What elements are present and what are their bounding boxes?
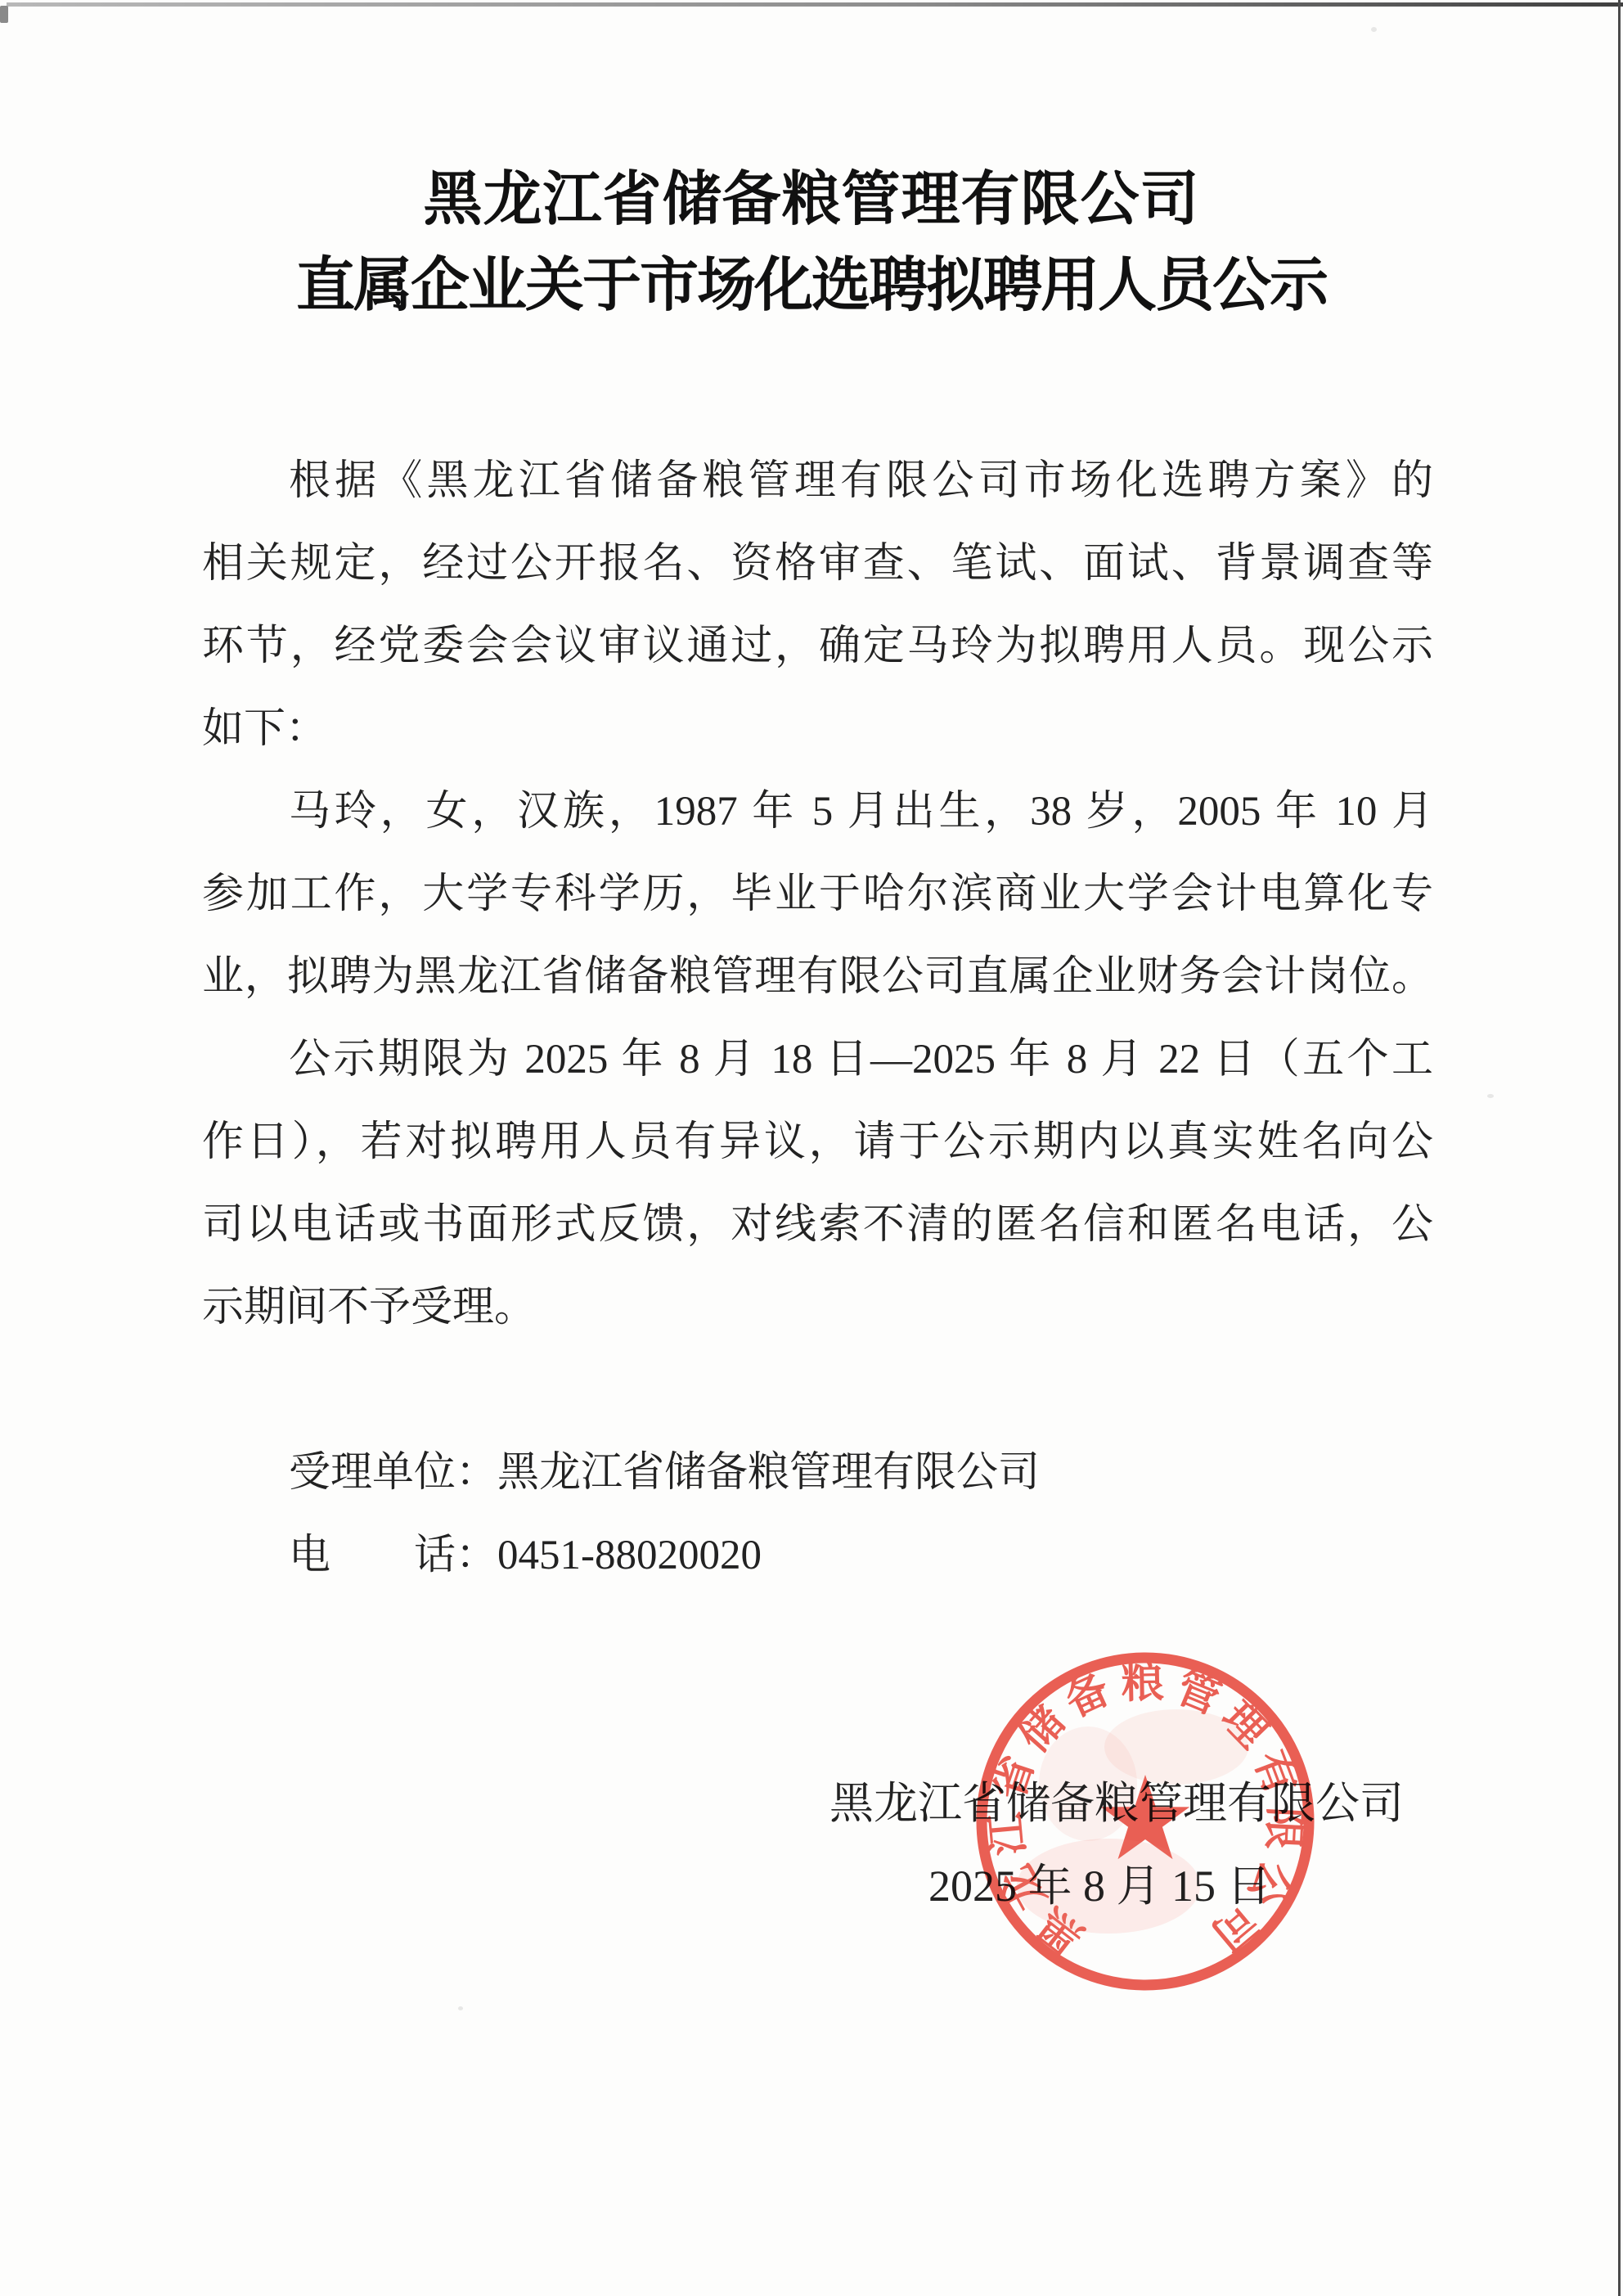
scan-edge-top-line <box>7 2 1623 7</box>
paragraph1-line3: 环节，经党委会会议审议通过，确定马玲为拟聘用人员。现公示 <box>202 606 1433 688</box>
scan-noise-speck <box>458 2006 463 2010</box>
paragraph3-line4: 示期间不予受理。 <box>202 1267 1433 1349</box>
paragraph2-line1: 马玲，女，汉族，1987 年 5 月出生，38 岁，2005 年 10 月 <box>202 771 1433 853</box>
phone-label: 电 话： <box>289 1533 497 1578</box>
blank-line <box>202 1597 1433 1680</box>
signature-date: 2025 年 8 月 15 日 <box>202 1845 1433 1928</box>
paragraph3-line2: 作日），若对拟聘用人员有异议，请于公示期内以真实姓名向公 <box>202 1101 1433 1184</box>
document-title-line2: 直属企业关于市场化选聘拟聘用人员公示 <box>0 246 1623 325</box>
signature-company-name: 黑龙江省储备粮管理有限公司 <box>202 1763 1433 1845</box>
scanned-document-page: 黑龙江省储备粮管理有限公司 直属企业关于市场化选聘拟聘用人员公示 根据《黑龙江省… <box>0 0 1623 2296</box>
scan-noise-speck <box>1371 27 1377 32</box>
accepting-unit-label: 受理单位： <box>289 1450 497 1496</box>
paragraph3-line1: 公示期限为 2025 年 8 月 18 日—2025 年 8 月 22 日（五个… <box>202 1019 1433 1101</box>
paragraph2-line3: 业，拟聘为黑龙江省储备粮管理有限公司直属企业财务会计岗位。 <box>202 936 1433 1019</box>
document-title-line1: 黑龙江省储备粮管理有限公司 <box>0 160 1623 239</box>
phone-line: 电 话：0451-88020020 <box>202 1515 1433 1597</box>
paragraph1-line4: 如下： <box>202 688 1433 771</box>
accepting-unit-value: 黑龙江省储备粮管理有限公司 <box>497 1450 1040 1496</box>
paragraph1-line2: 相关规定，经过公开报名、资格审查、笔试、面试、背景调查等 <box>202 523 1433 606</box>
paragraph1-line1: 根据《黑龙江省储备粮管理有限公司市场化选聘方案》的 <box>202 440 1433 523</box>
scan-noise-speck <box>1487 1094 1494 1098</box>
phone-number: 0451-88020020 <box>497 1533 762 1578</box>
blank-line <box>202 1680 1433 1763</box>
paragraph3-line3: 司以电话或书面形式反馈，对线索不清的匿名信和匿名电话，公 <box>202 1184 1433 1267</box>
paragraph2-line2: 参加工作，大学专科学历，毕业于哈尔滨商业大学会计电算化专 <box>202 853 1433 936</box>
accepting-unit-line: 受理单位：黑龙江省储备粮管理有限公司 <box>202 1432 1433 1515</box>
document-body: 根据《黑龙江省储备粮管理有限公司市场化选聘方案》的 相关规定，经过公开报名、资格… <box>202 440 1433 1928</box>
scan-edge-right-line <box>1618 0 1621 2296</box>
blank-line <box>202 1349 1433 1432</box>
scan-edge-corner-mark <box>0 6 8 23</box>
